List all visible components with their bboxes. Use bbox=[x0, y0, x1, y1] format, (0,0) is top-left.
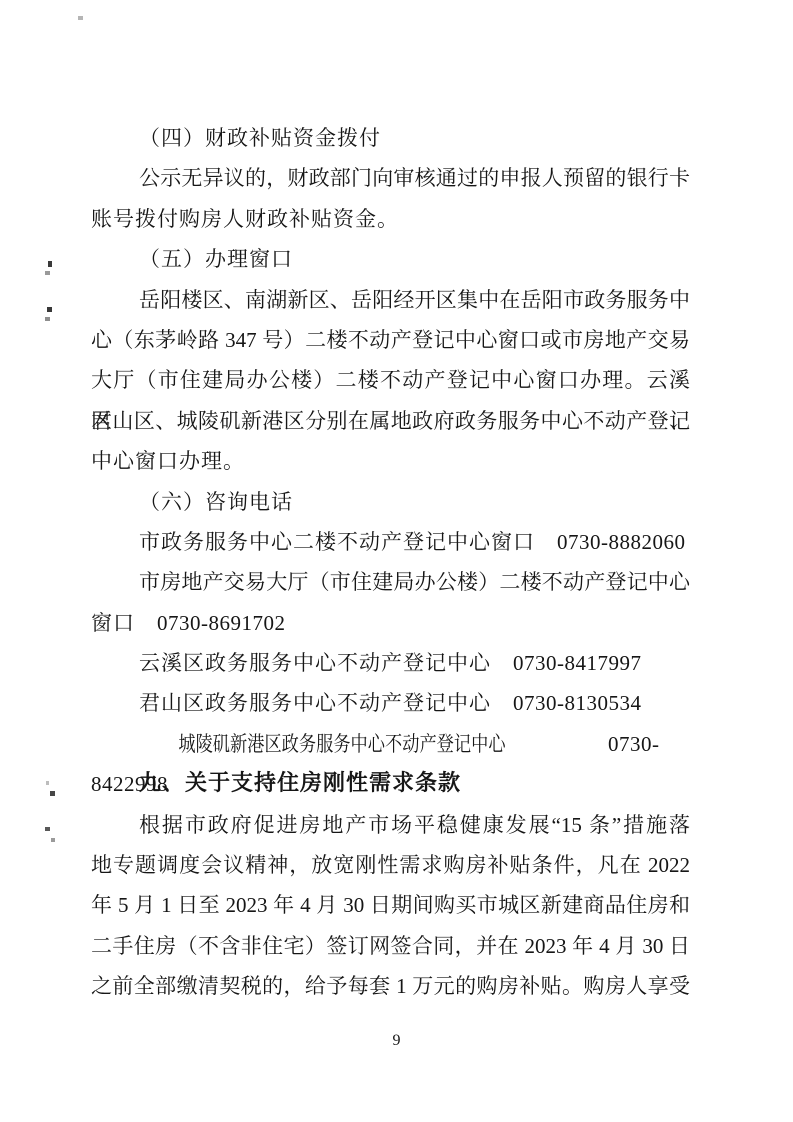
hotline-phone-number: 0730-8882060 bbox=[557, 530, 686, 554]
section-4-body-line: 公示无异议的，财政部门向审核通过的申报人预留的银行卡 bbox=[91, 158, 690, 198]
scan-artifact bbox=[45, 827, 50, 831]
section-4-body-line: 账号拨付购房人财政补贴资金。 bbox=[91, 199, 690, 239]
section-5-body-line: 君山区、城陵矶新港区分别在属地政府政务服务中心不动产登记 bbox=[91, 401, 690, 441]
scan-artifact bbox=[50, 791, 55, 796]
scan-artifact bbox=[78, 16, 83, 20]
hotline-phone-number: 0730-8130534 bbox=[513, 691, 642, 715]
hotline-phone-number: 0730-8417997 bbox=[513, 651, 642, 675]
article-9-body-line: 根据市政府促进房地产市场平稳健康发展“15 条”措施落 bbox=[91, 805, 690, 845]
section-5-body-line: 大厅（市住建局办公楼）二楼不动产登记中心窗口办理。云溪区、 bbox=[91, 360, 690, 400]
scan-artifact bbox=[45, 271, 50, 275]
article-9-body-line: 之前全部缴清契税的，给予每套 1 万元的购房补贴。购房人享受 bbox=[91, 966, 690, 1006]
scan-artifact bbox=[45, 317, 50, 321]
scan-artifact bbox=[47, 307, 52, 312]
hotline-junshan-district: 君山区政务服务中心不动产登记中心0730-8130534 bbox=[91, 683, 690, 723]
scan-artifact bbox=[51, 838, 55, 842]
document-page: （四）财政补贴资金拨付 公示无异议的，财政部门向审核通过的申报人预留的银行卡 账… bbox=[0, 0, 793, 1122]
hotline-label: 市政务服务中心二楼不动产登记中心窗口 bbox=[139, 530, 535, 554]
hotline-city-service-center: 市政务服务中心二楼不动产登记中心窗口0730-8882060 bbox=[91, 522, 690, 562]
article-9-heading: 九、关于支持住房刚性需求条款 bbox=[91, 764, 690, 804]
hotline-chenglingji-port-area: 城陵矶新港区政务服务中心不动产登记中心0730-8422998 bbox=[91, 724, 690, 764]
hotline-trade-hall-line: 市房地产交易大厅（市住建局办公楼）二楼不动产登记中心 bbox=[91, 562, 690, 602]
scan-artifact bbox=[48, 261, 52, 267]
section-5-heading: （五）办理窗口 bbox=[91, 239, 690, 279]
hotline-trade-hall-line: 窗口0730-8691702 bbox=[91, 603, 690, 643]
section-6-heading: （六）咨询电话 bbox=[91, 482, 690, 522]
hotline-label: 城陵矶新港区政务服务中心不动产登记中心 bbox=[139, 724, 506, 764]
page-number: 9 bbox=[0, 1032, 793, 1050]
hotline-phone-number: 0730-8691702 bbox=[157, 611, 286, 635]
hotline-yunxi-district: 云溪区政务服务中心不动产登记中心0730-8417997 bbox=[91, 643, 690, 683]
section-4-heading: （四）财政补贴资金拨付 bbox=[91, 118, 690, 158]
hotline-label: 君山区政务服务中心不动产登记中心 bbox=[139, 691, 491, 715]
section-5-body-line: 中心窗口办理。 bbox=[91, 441, 690, 481]
article-9-body-line: 二手住房（不含非住宅）签订网签合同，并在 2023 年 4 月 30 日 bbox=[91, 926, 690, 966]
hotline-label: 云溪区政务服务中心不动产登记中心 bbox=[139, 651, 491, 675]
section-5-body-line: 岳阳楼区、南湖新区、岳阳经开区集中在岳阳市政务服务中 bbox=[91, 280, 690, 320]
article-9-body-line: 地专题调度会议精神，放宽刚性需求购房补贴条件，凡在 2022 bbox=[91, 845, 690, 885]
scan-artifact bbox=[46, 781, 49, 785]
section-5-body-line: 心（东茅岭路 347 号）二楼不动产登记中心窗口或市房地产交易 bbox=[91, 320, 690, 360]
article-9-body-line: 年 5 月 1 日至 2023 年 4 月 30 日期间购买市城区新建商品住房和 bbox=[91, 885, 690, 925]
hotline-label: 窗口 bbox=[91, 611, 135, 635]
document-text-block: （四）财政补贴资金拨付 公示无异议的，财政部门向审核通过的申报人预留的银行卡 账… bbox=[91, 118, 690, 1007]
